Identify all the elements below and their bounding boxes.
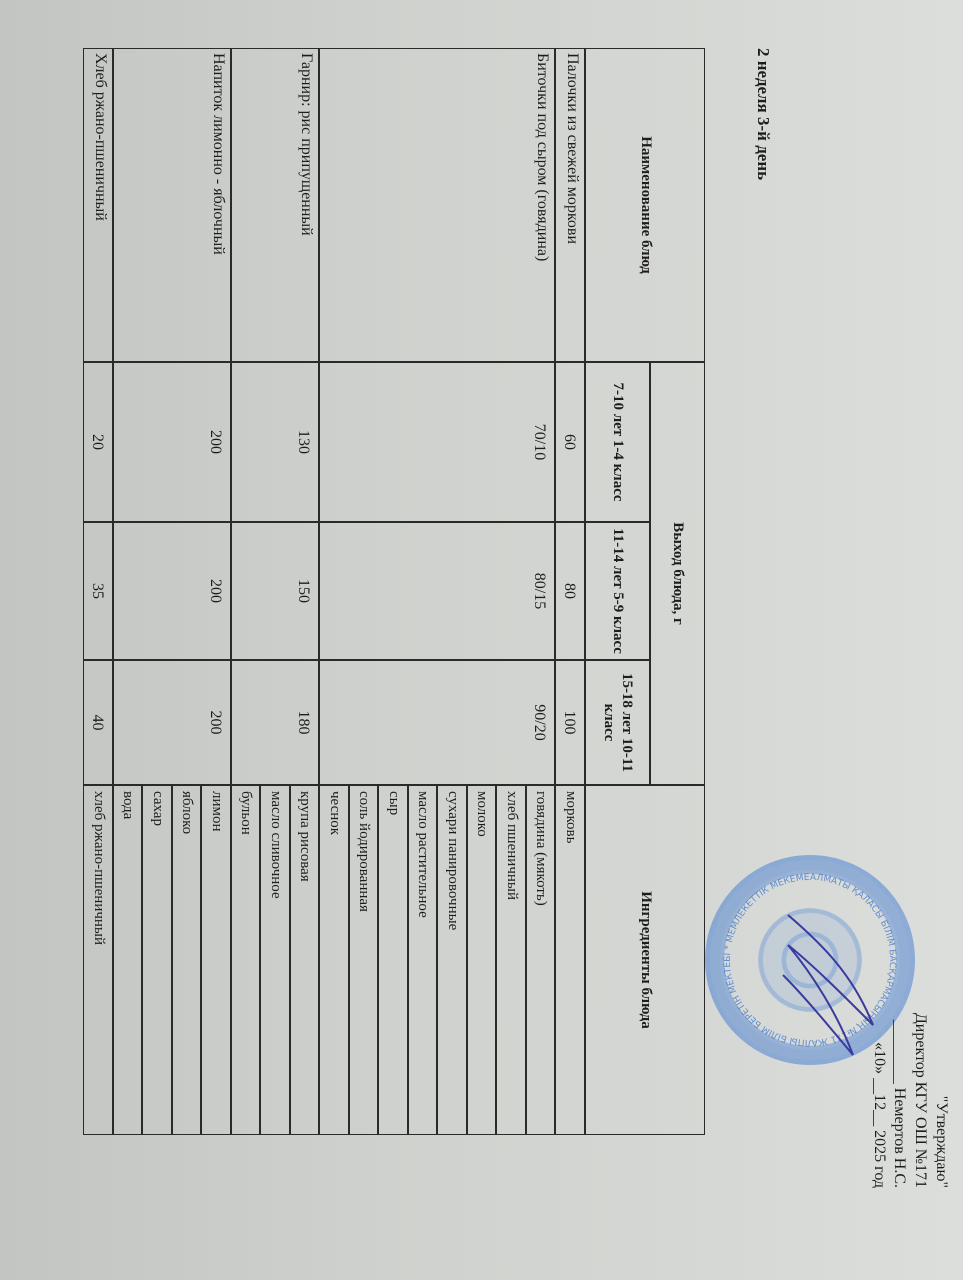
dish-name-cell: Палочки из свежей моркови (556, 48, 586, 362)
approval-position: Директор КГУ ОШ №171 (909, 888, 930, 1188)
ingredient-cell: лимон (202, 785, 232, 1135)
ingredient-cell: сухари панировочные (438, 785, 468, 1135)
approval-signatory: ________ Немертов Н.С. (889, 888, 910, 1188)
portion-value-cell: 200 (113, 522, 231, 660)
ingredient-cell: крупа рисовая (290, 785, 320, 1135)
portion-value-cell: 60 (556, 362, 586, 522)
ingredient-cell: молоко (467, 785, 497, 1135)
ingredient-cell: масло растительное (408, 785, 438, 1135)
dish-name-cell: Напиток лимонно - яблочный (113, 48, 231, 362)
portion-value-cell: 130 (231, 362, 320, 522)
portion-value-cell: 100 (556, 660, 586, 785)
header-ingredients: Ингредиенты блюда (585, 785, 705, 1135)
portion-value-cell: 70/10 (320, 362, 556, 522)
ingredient-cell: хлеб пшеничный (497, 785, 527, 1135)
signature-mark (763, 905, 883, 1065)
approval-date: «10» __12__ 2025 год (868, 888, 889, 1188)
ingredient-cell: говядина (мякоть) (526, 785, 556, 1135)
portion-value-cell: 200 (113, 660, 231, 785)
ingredient-cell: чеснок (320, 785, 350, 1135)
portion-value-cell: 150 (231, 522, 320, 660)
ingredient-cell: сыр (379, 785, 409, 1135)
ingredient-cell: яблоко (172, 785, 202, 1135)
header-age-group: 15-18 лет 10-11 класс (585, 660, 650, 785)
ingredient-cell: масло сливочное (261, 785, 291, 1135)
dish-name-cell: Хлеб ржано-пшеничный (84, 48, 114, 362)
ingredient-cell: сахар (143, 785, 173, 1135)
menu-document-page: 2 неделя 3-й день Наименование блюдВыход… (63, 0, 963, 1230)
ingredient-cell: соль йодированная (349, 785, 379, 1135)
ingredient-cell: морковь (556, 785, 586, 1135)
header-output: Выход блюда, г (650, 362, 705, 785)
header-dish-name: Наименование блюд (585, 48, 705, 362)
page-heading: 2 неделя 3-й день (753, 48, 773, 180)
portion-value-cell: 80/15 (320, 522, 556, 660)
dish-name-cell: Биточки под сыром (говядина) (320, 48, 556, 362)
portion-value-cell: 40 (84, 660, 114, 785)
portion-value-cell: 20 (84, 362, 114, 522)
portion-value-cell: 90/20 (320, 660, 556, 785)
portion-value-cell: 200 (113, 362, 231, 522)
approval-block: "Утверждаю" Директор КГУ ОШ №171 _______… (868, 888, 951, 1188)
ingredient-cell: хлеб ржано-пшеничный (84, 785, 114, 1135)
portion-value-cell: 35 (84, 522, 114, 660)
portion-value-cell: 80 (556, 522, 586, 660)
approval-title: "Утверждаю" (930, 888, 951, 1188)
ingredient-cell: бульон (231, 785, 261, 1135)
menu-table: Наименование блюдВыход блюда, г7-10 лет … (60, 48, 705, 1135)
header-age-group: 7-10 лет 1-4 класс (585, 362, 650, 522)
header-age-group: 11-14 лет 5-9 класс (585, 522, 650, 660)
portion-value-cell: 180 (231, 660, 320, 785)
ingredient-cell: вода (113, 785, 143, 1135)
dish-name-cell: Гарнир: рис припущенный (231, 48, 320, 362)
